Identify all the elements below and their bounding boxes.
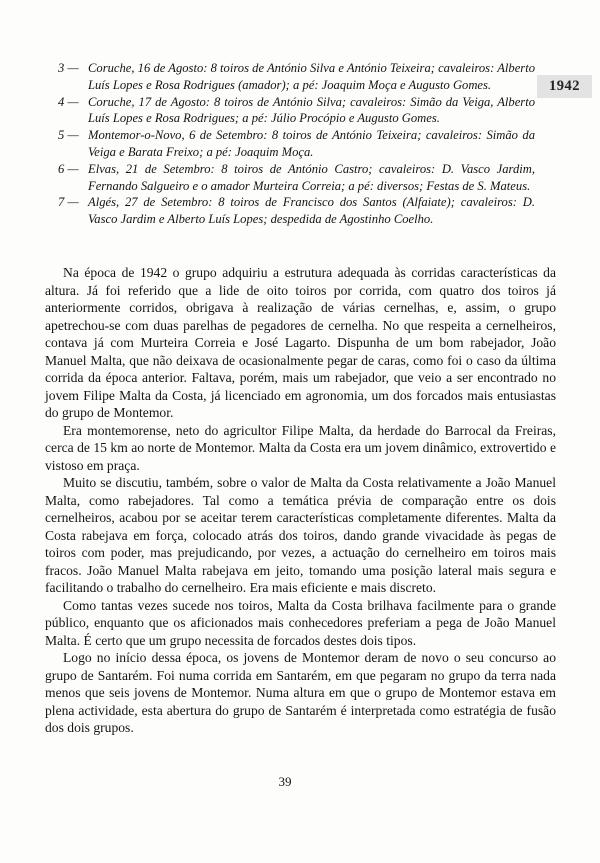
paragraph: Na época de 1942 o grupo adquiriu a estr…: [45, 264, 556, 422]
book-page: 1942 3 — Coruche, 16 de Agosto: 8 toiros…: [0, 0, 600, 863]
list-item-text: Montemor-o-Novo, 6 de Setembro: 8 toiros…: [88, 127, 535, 161]
list-item-text: Algés, 27 de Setembro: 8 toiros de Franc…: [88, 194, 535, 228]
event-list: 3 — Coruche, 16 de Agosto: 8 toiros de A…: [58, 60, 535, 228]
list-item: 4 — Coruche, 17 de Agosto: 8 toiros de A…: [58, 94, 535, 128]
paragraph: Como tantas vezes sucede nos toiros, Mal…: [45, 597, 556, 650]
list-item-text: Elvas, 21 de Setembro: 8 toiros de Antón…: [88, 161, 535, 195]
list-item-number: 5 —: [58, 127, 88, 161]
paragraph: Muito se discutiu, também, sobre o valor…: [45, 474, 556, 597]
list-item: 7 — Algés, 27 de Setembro: 8 toiros de F…: [58, 194, 535, 228]
list-item-number: 7 —: [58, 194, 88, 228]
paragraph: Era montemorense, neto do agricultor Fil…: [45, 422, 556, 475]
list-item-number: 4 —: [58, 94, 88, 128]
year-marker: 1942: [537, 75, 592, 98]
list-item-number: 6 —: [58, 161, 88, 195]
list-item: 6 — Elvas, 21 de Setembro: 8 toiros de A…: [58, 161, 535, 195]
list-item-text: Coruche, 16 de Agosto: 8 toiros de Antón…: [88, 60, 535, 94]
body-text: Na época de 1942 o grupo adquiriu a estr…: [45, 264, 556, 737]
list-item: 3 — Coruche, 16 de Agosto: 8 toiros de A…: [58, 60, 535, 94]
page-number: 39: [45, 774, 525, 790]
list-item-text: Coruche, 17 de Agosto: 8 toiros de Antón…: [88, 94, 535, 128]
paragraph: Logo no início dessa época, os jovens de…: [45, 649, 556, 737]
list-item: 5 — Montemor-o-Novo, 6 de Setembro: 8 to…: [58, 127, 535, 161]
list-item-number: 3 —: [58, 60, 88, 94]
